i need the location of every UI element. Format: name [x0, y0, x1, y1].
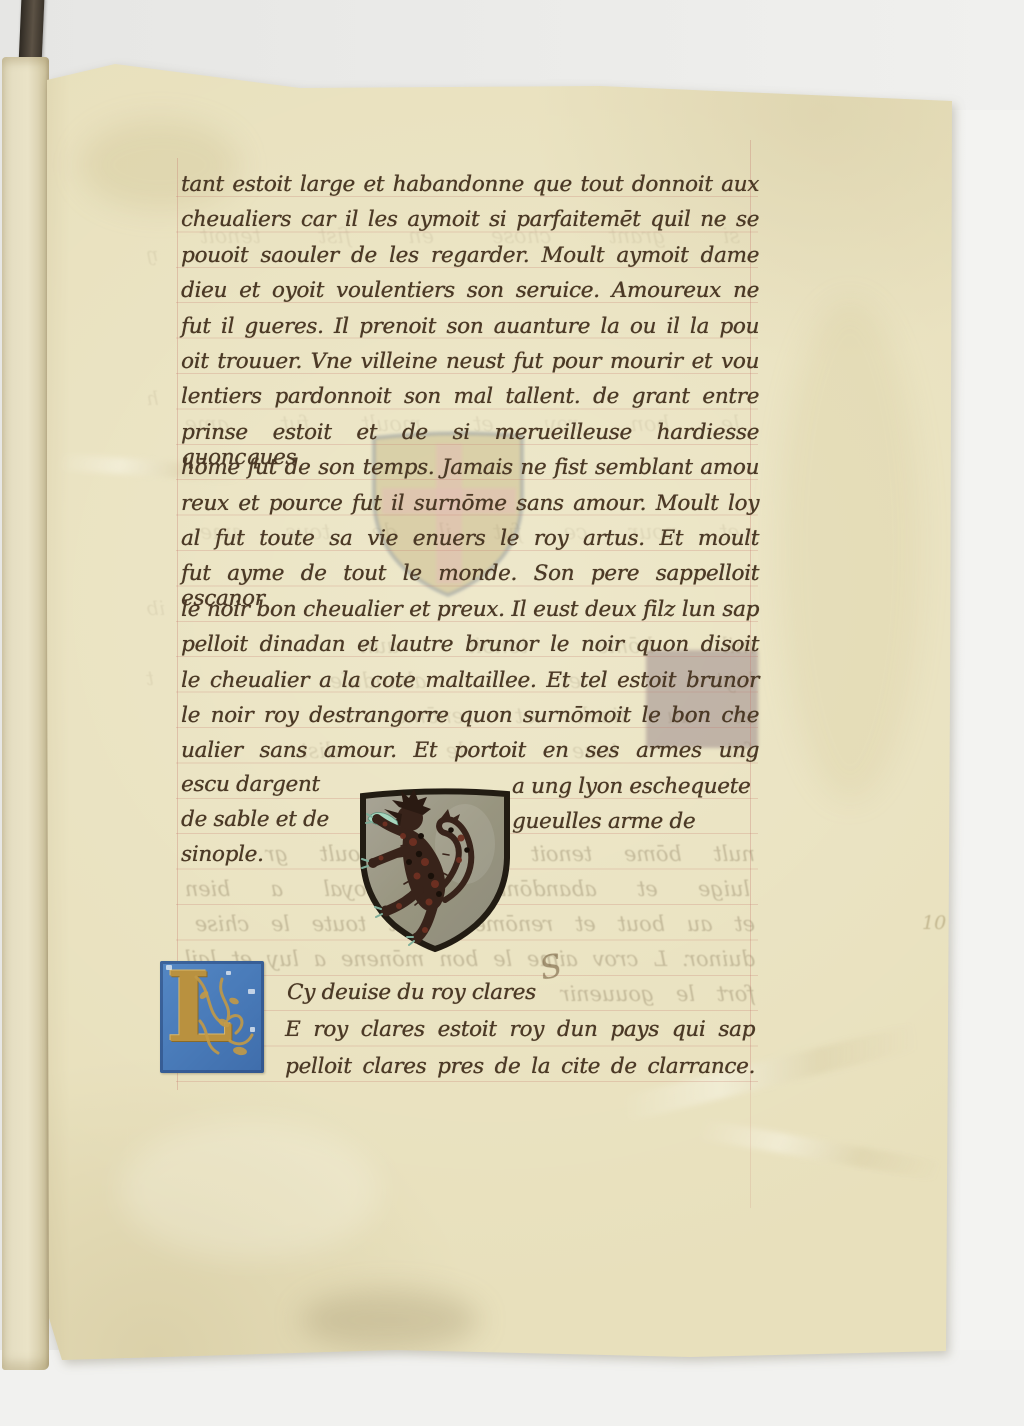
parchment-page: nult bōme tenoit ami si moult grluige et… — [0, 0, 1024, 1426]
text-line: hōme fut de son temps. Jamais ne fist se… — [181, 455, 759, 485]
margin-show-through-mark: h — [146, 386, 159, 410]
blazon-left-line: escu dargent — [181, 772, 320, 797]
text-line: le cheualier a la cote maltaillee. Et te… — [181, 668, 759, 698]
parchment-stain — [780, 300, 920, 800]
text-line: oit trouuer. Vne villeine neust fut pour… — [181, 349, 759, 379]
chapter-line: E roy clares estoit roy dun pays qui sap — [285, 1017, 755, 1047]
blazon-right-line: a ung lyon eschequete — [512, 774, 750, 799]
text-line: prinse estoit et de si merueilleuse hard… — [181, 420, 759, 450]
margin-show-through-mark: ŋ — [146, 242, 159, 266]
text-line: al fut toute sa vie enuers le roy artus.… — [181, 526, 759, 556]
blazon-right-line: gueulles arme de — [512, 809, 695, 834]
blazon-left-line: sinople. — [181, 842, 264, 867]
folio-number: 8 — [882, 72, 897, 100]
ruling-line-vertical-right-extension — [750, 1090, 751, 1208]
text-line: pelloit dinadan et lautre brunor le noir… — [181, 632, 759, 662]
margin-show-through-mark: t — [146, 666, 154, 690]
text-line: le noir bon cheualier et preux. Il eust … — [181, 597, 759, 627]
illuminated-initial-L: L — [160, 961, 264, 1073]
text-line: fut il gueres. Il prenoit son auanture l… — [181, 314, 759, 344]
blazon-left-line: de sable et de — [181, 807, 329, 832]
lion-rampant-shield-illustration — [354, 784, 516, 956]
text-line: tant estoit large et habandonne que tout… — [181, 172, 759, 202]
parchment-stain — [300, 1290, 480, 1350]
show-through-line: fort le gouuenir — [560, 982, 755, 1008]
parchment-page-wrap: nult bōme tenoit ami si moult grluige et… — [0, 0, 1024, 1426]
text-line: le noir roy destrangorre quon surnōmoit … — [181, 703, 759, 733]
text-line: lentiers pardonnoit son mal tallent. de … — [181, 384, 759, 414]
margin-show-through-mark: ib — [146, 596, 165, 620]
text-line: ualier sans amour. Et portoit en ses arm… — [181, 738, 759, 768]
parchment-highlight — [120, 1120, 380, 1260]
initial-foliage-decoration — [160, 961, 264, 1073]
text-line: cheualiers car il les aymoit si parfaite… — [181, 207, 759, 237]
text-line: fut ayme de tout le monde. Son pere sapp… — [181, 561, 759, 591]
folio-number-showthrough: 10 — [922, 912, 946, 934]
chapter-heading: Cy deuise du roy clares — [287, 980, 536, 1005]
parchment-crease — [700, 1119, 940, 1180]
text-line: reux et pource fut il surnōme sans amour… — [181, 491, 759, 521]
manuscript-scan: nult bōme tenoit ami si moult grluige et… — [0, 0, 1024, 1426]
text-line: dieu et oyoit voulentiers son seruice. A… — [181, 278, 759, 308]
text-line: pouoit saouler de les regarder. Moult ay… — [181, 243, 759, 273]
chapter-line: pelloit clares pres de la cite de clarra… — [285, 1054, 755, 1084]
